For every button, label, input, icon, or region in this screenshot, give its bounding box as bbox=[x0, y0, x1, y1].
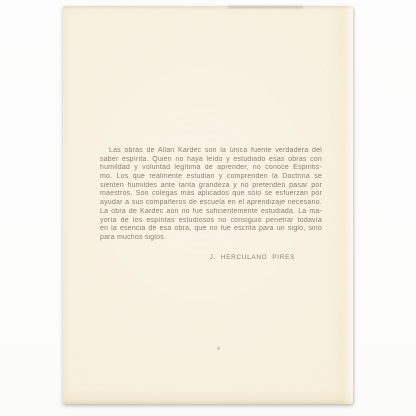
blurb-line: La obra de Kardec aún no fue suficientem… bbox=[100, 208, 322, 217]
blurb-line: Las obras de Allan Kardec son la única f… bbox=[100, 147, 322, 156]
attribution-row: J. HERCULANO PIRES bbox=[100, 246, 295, 264]
back-cover-blurb: Las obras de Allan Kardec son la única f… bbox=[100, 147, 322, 243]
blurb-line: yoría de los espíritas estudiosos no con… bbox=[100, 217, 322, 226]
blurb-line: saber espírita. Quien no haya leído y es… bbox=[100, 156, 322, 165]
blurb-line: humildad y voluntad legítima de aprender… bbox=[100, 164, 322, 173]
blurb-line: para muchos siglos. bbox=[100, 234, 322, 243]
book-back-cover: Las obras de Allan Kardec son la única f… bbox=[63, 6, 353, 404]
cover-top-wear-mark bbox=[228, 6, 303, 8]
blurb-line: mo. Los que realmente estudian y compren… bbox=[100, 173, 322, 182]
blurb-line: sienten humildes ante tanta grandeza y n… bbox=[100, 182, 322, 191]
author-attribution: J. HERCULANO PIRES bbox=[210, 254, 295, 261]
blurb-line: en la esencia de esa obra, que no fue es… bbox=[100, 225, 322, 234]
blurb-line: maestros. Son colegas más aplicados que … bbox=[100, 190, 322, 199]
blurb-line: ayudar a sus compañeros de escuela en el… bbox=[100, 199, 322, 208]
paper-speck bbox=[217, 347, 220, 350]
